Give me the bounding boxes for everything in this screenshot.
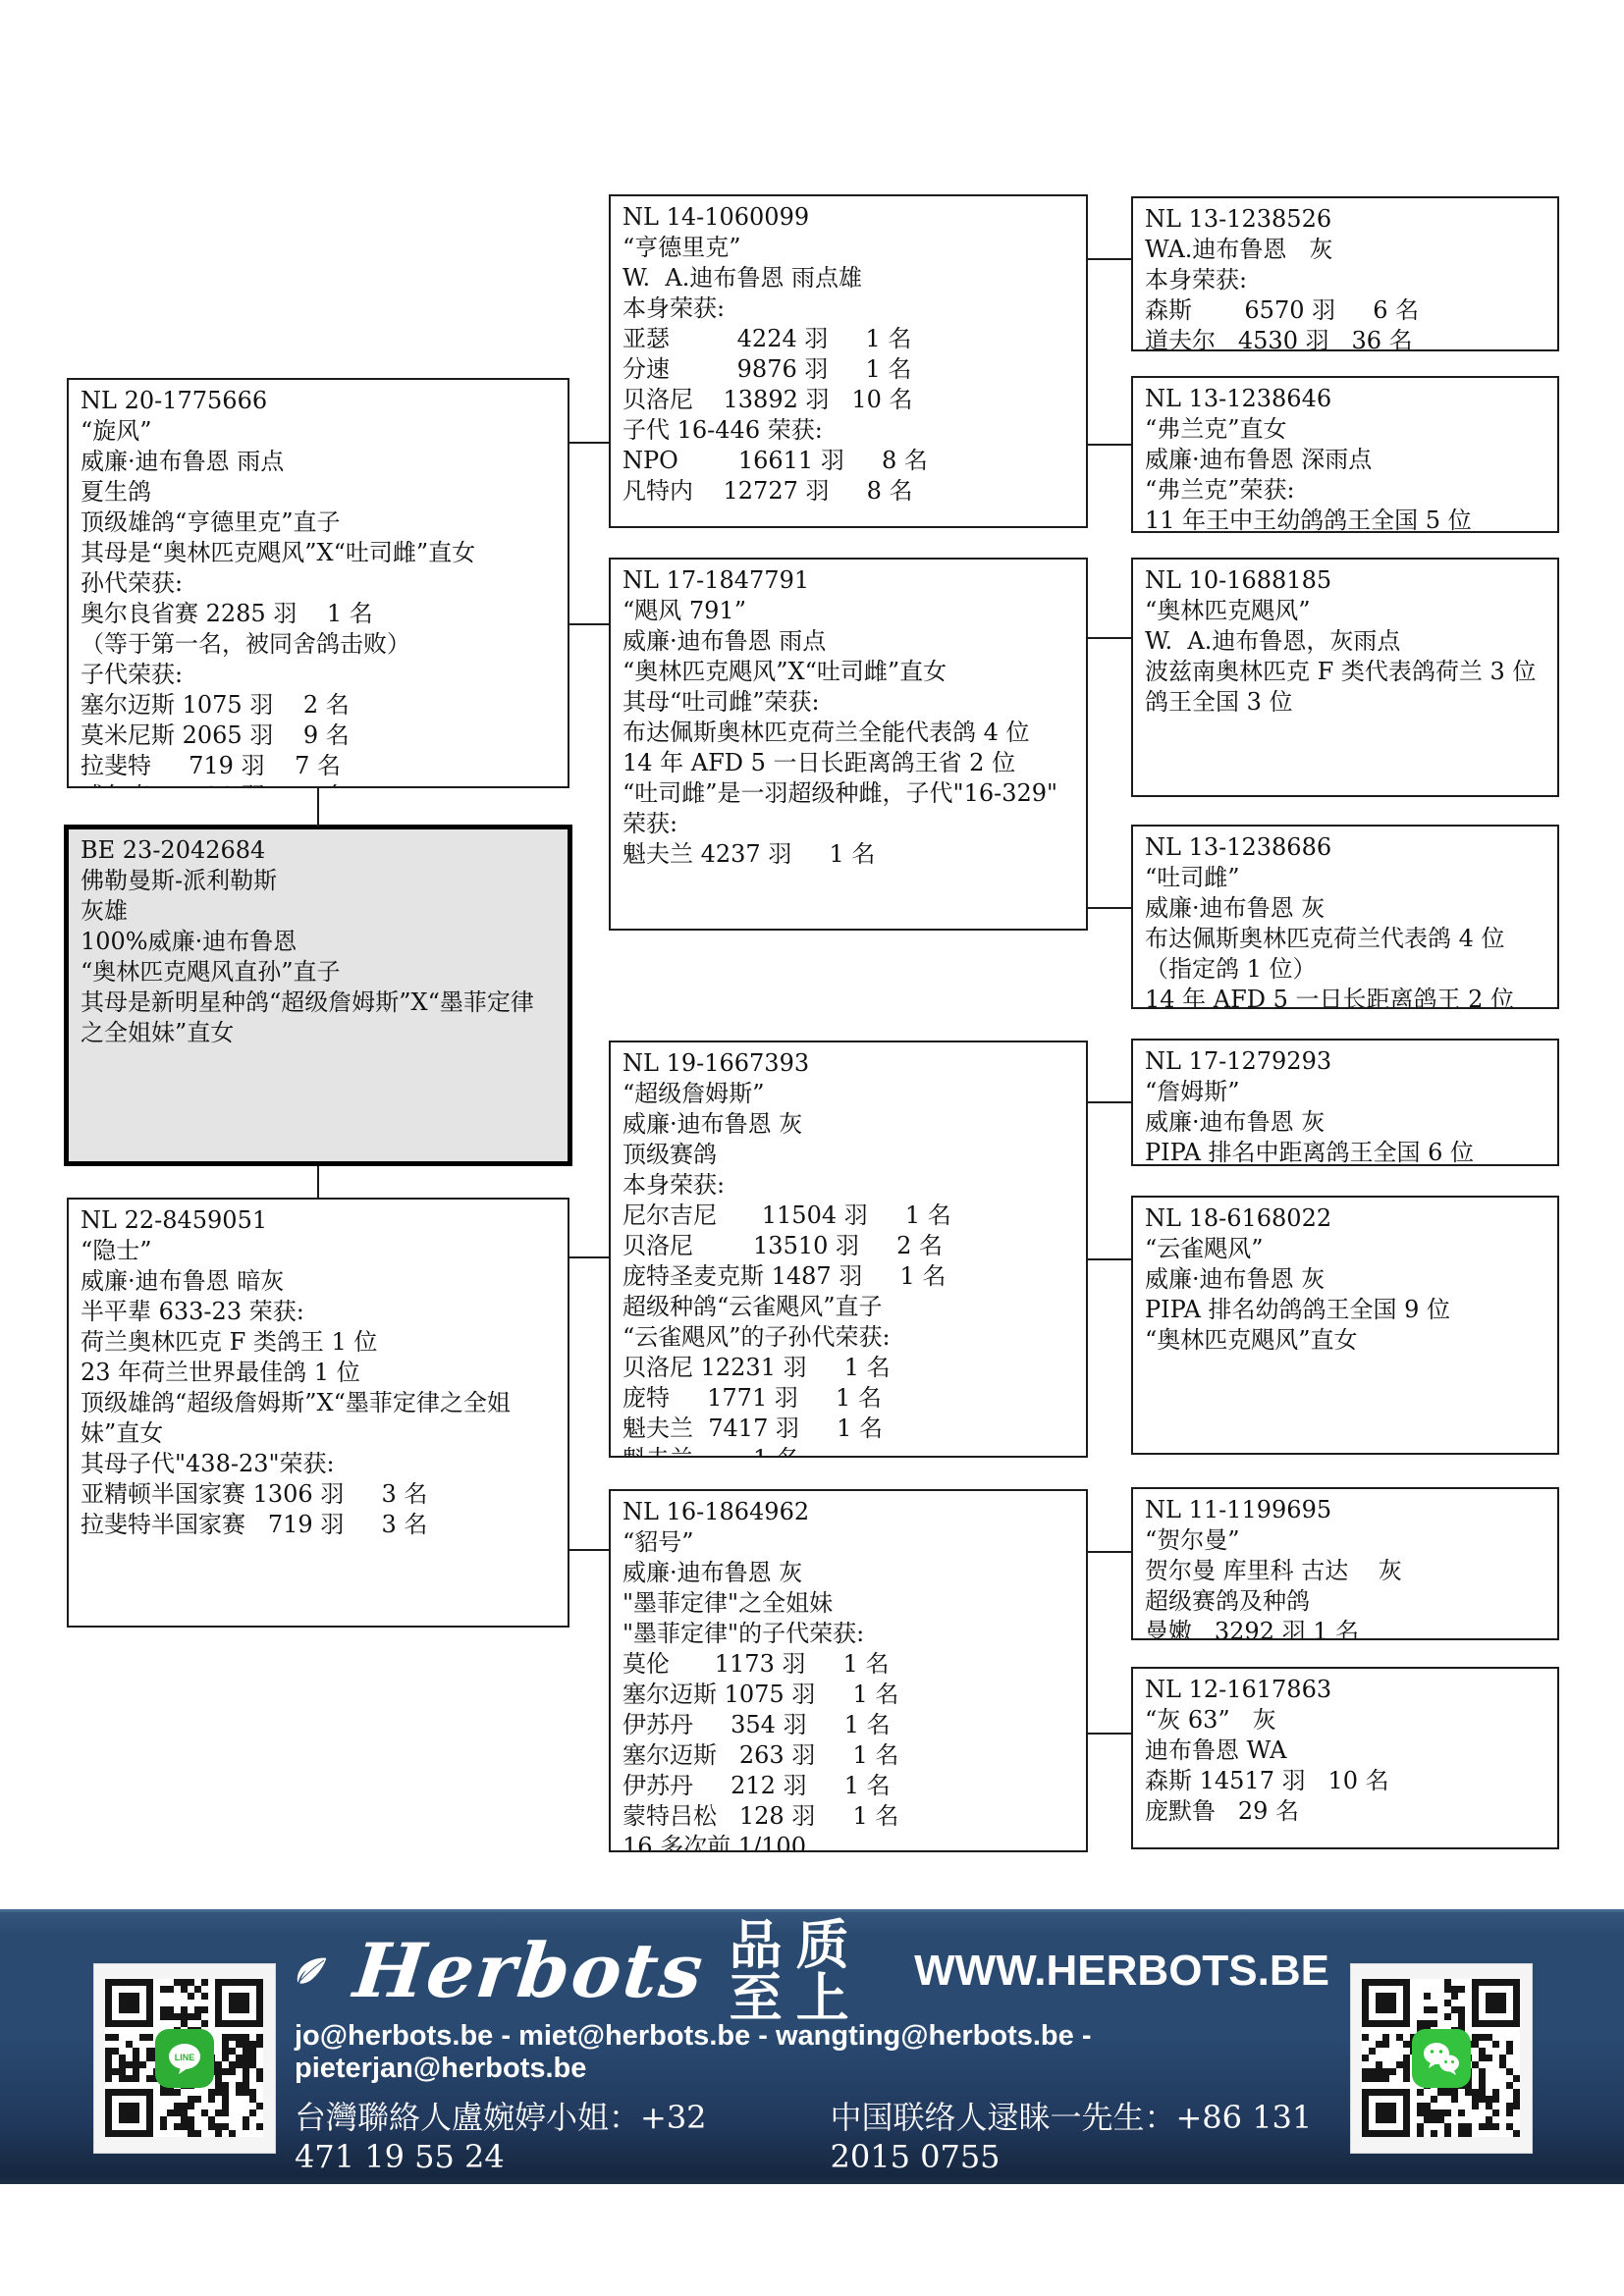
- connector-line: [1088, 444, 1131, 446]
- pedigree-box-gg2: NL 13-1238646 “弗兰克”直女 威廉·迪布鲁恩 深雨点 “弗兰克”荣…: [1131, 376, 1559, 533]
- email-list: jo@herbots.be - miet@herbots.be - wangti…: [295, 2020, 1329, 2085]
- connector-line: [569, 623, 609, 625]
- pedigree-box-text: NL 11-1199695 “贺尔曼” 贺尔曼 库里科 古达 灰 超级赛鸽及种鸽…: [1145, 1495, 1545, 1640]
- connector-line: [1088, 1101, 1131, 1103]
- pedigree-box-gg5: NL 17-1279293 “詹姆斯” 威廉·迪布鲁恩 灰 PIPA 排名中距离…: [1131, 1039, 1559, 1166]
- connector-line: [569, 1256, 609, 1258]
- pedigree-box-text: NL 13-1238526 WA.迪布鲁恩 灰 本身荣获: 森斯 6570 羽 …: [1145, 204, 1545, 351]
- brand-tagline: 品质至上: [730, 1918, 890, 2024]
- contact-row: 台灣聯絡人盧婉婷小姐：+32 471 19 55 24 中国联络人逯睐一先生：+…: [295, 2093, 1329, 2175]
- pedigree-box-gg7: NL 11-1199695 “贺尔曼” 贺尔曼 库里科 古达 灰 超级赛鸽及种鸽…: [1131, 1487, 1559, 1640]
- pedigree-box-sire: NL 20-1775666 “旋风” 威廉·迪布鲁恩 雨点 夏生鸽 顶级雄鸽“亨…: [67, 378, 569, 788]
- connector-line: [1088, 258, 1131, 260]
- connector-line: [1088, 1733, 1131, 1735]
- feather-icon: [295, 1946, 329, 1997]
- connector-line: [317, 1166, 319, 1200]
- pedigree-page: NL 20-1775666 “旋风” 威廉·迪布鲁恩 雨点 夏生鸽 顶级雄鸽“亨…: [0, 0, 1624, 2296]
- connector-line: [317, 788, 319, 827]
- pedigree-box-text: NL 17-1847791 “飓风 791” 威廉·迪布鲁恩 雨点 “奥林匹克飓…: [623, 565, 1074, 870]
- pedigree-box-text: NL 17-1279293 “詹姆斯” 威廉·迪布鲁恩 灰 PIPA 排名中距离…: [1145, 1046, 1545, 1166]
- pedigree-box-text: NL 13-1238646 “弗兰克”直女 威廉·迪布鲁恩 深雨点 “弗兰克”荣…: [1145, 384, 1545, 533]
- pedigree-box-text: NL 10-1688185 “奥林匹克飓风” W. A.迪布鲁恩，灰雨点 波兹南…: [1145, 565, 1545, 718]
- pedigree-box-text: NL 18-6168022 “云雀飓风” 威廉·迪布鲁恩 灰 PIPA 排名幼鸽…: [1145, 1203, 1545, 1356]
- pedigree-box-sire-dam: NL 17-1847791 “飓风 791” 威廉·迪布鲁恩 雨点 “奥林匹克飓…: [609, 558, 1088, 931]
- connector-line: [1088, 1551, 1131, 1553]
- wechat-qr-code: [1350, 1963, 1533, 2154]
- taiwan-contact: 台灣聯絡人盧婉婷小姐：+32 471 19 55 24: [295, 2093, 771, 2175]
- china-contact: 中国联络人逯睐一先生：+86 131 2015 0755: [830, 2093, 1329, 2175]
- connector-line: [1088, 637, 1131, 639]
- pedigree-box-subject: BE 23-2042684 佛勒曼斯-派利勒斯 灰雄 100%威廉·迪布鲁恩 “…: [64, 825, 572, 1166]
- pedigree-box-gg3: NL 10-1688185 “奥林匹克飓风” W. A.迪布鲁恩，灰雨点 波兹南…: [1131, 558, 1559, 797]
- brand-row: Herbots 品质至上 WWW.HERBOTS.BE: [295, 1924, 1329, 2018]
- wechat-icon: [1412, 2029, 1471, 2088]
- pedigree-box-text: NL 14-1060099 “亨德里克” W. A.迪布鲁恩 雨点雄 本身荣获:…: [623, 202, 1074, 507]
- pedigree-box-text: NL 22-8459051 “隐士” 威廉·迪布鲁恩 暗灰 半平辈 633-23…: [81, 1205, 556, 1540]
- pedigree-box-text: NL 20-1775666 “旋风” 威廉·迪布鲁恩 雨点 夏生鸽 顶级雄鸽“亨…: [81, 386, 556, 788]
- brand-logo-text: Herbots: [351, 1934, 708, 2008]
- footer-slogan: 贺伯特家族...秉持品质第一与诚实可靠，力求提供完美的服务!: [295, 2185, 1329, 2296]
- pedigree-box-dam-sire: NL 19-1667393 “超级詹姆斯” 威廉·迪布鲁恩 灰 顶级赛鸽 本身荣…: [609, 1041, 1088, 1458]
- pedigree-box-gg8: NL 12-1617863 “灰 63” 灰 迪布鲁恩 WA 森斯 14517 …: [1131, 1667, 1559, 1849]
- website-url: WWW.HERBOTS.BE: [914, 1949, 1329, 1993]
- connector-line: [569, 442, 609, 444]
- pedigree-box-text: NL 12-1617863 “灰 63” 灰 迪布鲁恩 WA 森斯 14517 …: [1145, 1675, 1545, 1827]
- line-icon: LINE: [155, 2029, 214, 2088]
- pedigree-box-text: BE 23-2042684 佛勒曼斯-派利勒斯 灰雄 100%威廉·迪布鲁恩 “…: [81, 835, 556, 1048]
- pedigree-box-gg6: NL 18-6168022 “云雀飓风” 威廉·迪布鲁恩 灰 PIPA 排名幼鸽…: [1131, 1196, 1559, 1455]
- pedigree-box-gg1: NL 13-1238526 WA.迪布鲁恩 灰 本身荣获: 森斯 6570 羽 …: [1131, 196, 1559, 351]
- connector-line: [1088, 907, 1131, 909]
- footer-content: Herbots 品质至上 WWW.HERBOTS.BE jo@herbots.b…: [295, 1922, 1329, 2176]
- pedigree-box-sire-sire: NL 14-1060099 “亨德里克” W. A.迪布鲁恩 雨点雄 本身荣获:…: [609, 194, 1088, 528]
- pedigree-box-text: NL 13-1238686 “吐司雌” 威廉·迪布鲁恩 灰 布达佩斯奥林匹克荷兰…: [1145, 832, 1545, 1009]
- pedigree-box-gg4: NL 13-1238686 “吐司雌” 威廉·迪布鲁恩 灰 布达佩斯奥林匹克荷兰…: [1131, 825, 1559, 1009]
- line-qr-code: LINE: [93, 1963, 276, 2154]
- connector-line: [1088, 1258, 1131, 1260]
- connector-line: [569, 1549, 609, 1551]
- pedigree-box-dam: NL 22-8459051 “隐士” 威廉·迪布鲁恩 暗灰 半平辈 633-23…: [67, 1198, 569, 1628]
- pedigree-box-dam-dam: NL 16-1864962 “貂号” 威廉·迪布鲁恩 灰 "墨菲定律"之全姐妹 …: [609, 1489, 1088, 1852]
- pedigree-box-text: NL 19-1667393 “超级詹姆斯” 威廉·迪布鲁恩 灰 顶级赛鸽 本身荣…: [623, 1048, 1074, 1458]
- footer-banner: LINE: [0, 1909, 1624, 2184]
- svg-text:LINE: LINE: [175, 2053, 195, 2062]
- pedigree-box-text: NL 16-1864962 “貂号” 威廉·迪布鲁恩 灰 "墨菲定律"之全姐妹 …: [623, 1497, 1074, 1852]
